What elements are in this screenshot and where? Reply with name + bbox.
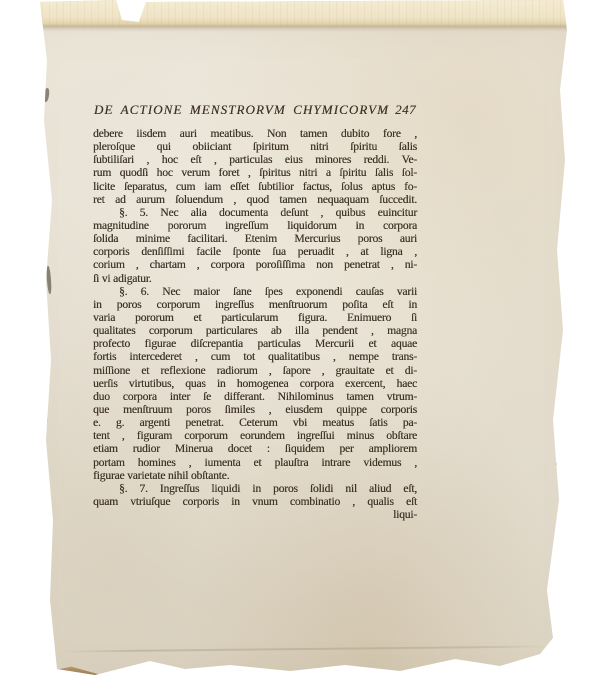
text-line: varia pororum et particularum figura. En… (93, 311, 417, 324)
running-head: DE ACTIONE MENSTRORVM CHYMICORVM247 (93, 102, 417, 118)
paper-speck (556, 462, 559, 466)
text-line: magnitudine pororum ingreſſum liquidorum… (93, 219, 417, 232)
text-line: fortis intercederet , cum tot qualitatib… (93, 350, 417, 363)
text-line: que menſtruum poros ſimiles , eiusdem qu… (93, 403, 417, 416)
text-line: miſſione et reflexione radiorum , ſapore… (93, 364, 417, 377)
text-line: ſolida minime facilitari. Etenim Mercuri… (93, 232, 417, 245)
text-line: corporis denſiſſimi facile ſponte ſua pe… (93, 245, 417, 258)
edge-chip (43, 88, 50, 103)
edge-chip (46, 266, 52, 294)
deckle-edge (40, 660, 562, 682)
text-line: debere iisdem auri meatibus. Non tamen d… (93, 127, 417, 140)
text-line: profecto figurae diſcrepantia particulas… (93, 337, 417, 350)
text-line: liqui- (93, 508, 417, 521)
text-line: rum quodſi hoc verum foret , ſpiritus ni… (93, 166, 417, 179)
book-page: DE ACTIONE MENSTRORVM CHYMICORVM247 debe… (0, 0, 602, 700)
text-line: tent , figuram corporum eorundem ingreſſ… (93, 429, 417, 442)
text-line: qualitates corporum particulares ab illa… (93, 324, 417, 337)
page-number: 247 (395, 102, 416, 117)
text-line: ſubtiliſari , hoc eſt , particulas eius … (93, 153, 417, 166)
page-top-fold (0, 0, 602, 27)
edge-chip (42, 414, 48, 432)
text-line: §. 7. Ingreſſus liquidi in poros ſolidi … (93, 482, 417, 495)
text-line: portam homines , iumenta et plauſtra int… (93, 456, 417, 469)
running-title: DE ACTIONE MENSTRORVM CHYMICORVM (94, 102, 389, 117)
text-line: ſi vi adigatur. (93, 272, 417, 285)
text-line: pleroſque qui obiiciant ſpiritum nitri ſ… (93, 140, 417, 153)
text-line: e. g. argenti penetrat. Ceterum vbi meat… (93, 416, 417, 429)
text-line: §. 5. Nec alia documenta deſunt , quibus… (93, 206, 417, 219)
photo-backdrop: DE ACTIONE MENSTRORVM CHYMICORVM247 debe… (0, 0, 602, 700)
text-line: §. 6. Nec maior ſane ſpes exponendi cauſ… (93, 285, 417, 298)
body-text: DE ACTIONE MENSTRORVM CHYMICORVM247 debe… (93, 102, 417, 521)
text-line: uerſis virtutibus, quas in homogenea cor… (93, 377, 417, 390)
text-lines: debere iisdem auri meatibus. Non tamen d… (93, 127, 417, 521)
text-line: corium , chartam , corpora poroſiſſima n… (93, 258, 417, 271)
text-line: licite ſeparatus, cum iam eſſet ſubtilio… (93, 180, 417, 193)
paper-speck (558, 384, 561, 389)
text-line: quam vtriuſque corporis in vnum combinat… (93, 495, 417, 508)
paper-crease (60, 645, 552, 652)
text-line: in poros corporum ingreſſus menſtruorum … (93, 298, 417, 311)
text-line: duo corpora inter ſe differant. Nihilomi… (93, 390, 417, 403)
text-line: ret ad aurum ſoluendum , quod tamen nequ… (93, 193, 417, 206)
text-line: etiam rudior Minerua docet : ſiquidem pe… (93, 442, 417, 455)
text-line: figurae varietate nihil obſtante. (93, 469, 417, 482)
